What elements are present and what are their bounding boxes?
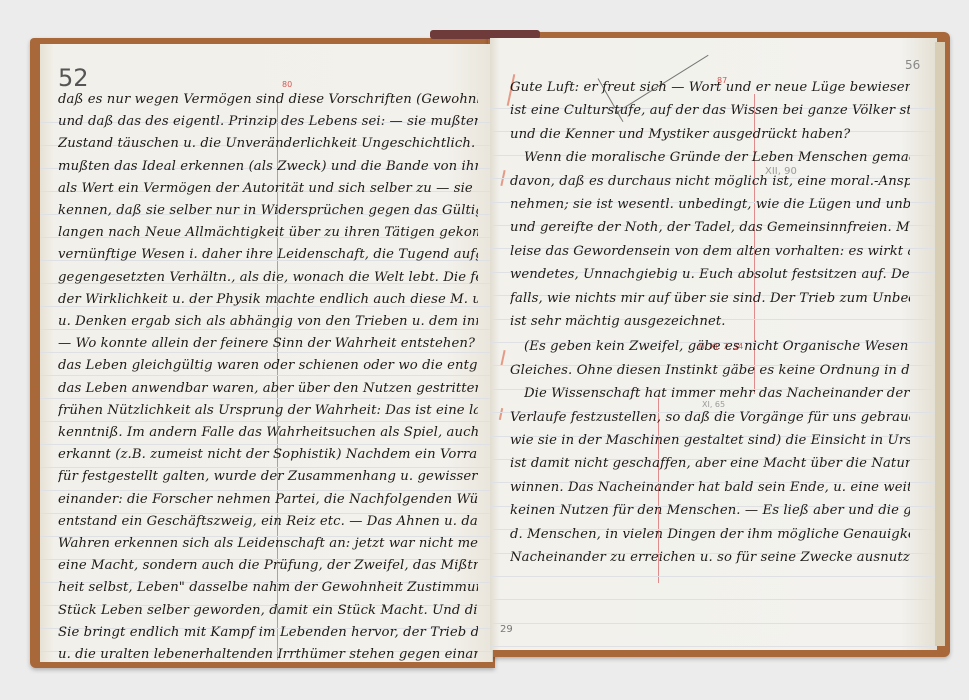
right-bottom-page-mark: 29	[500, 624, 513, 635]
handwritten-line: (Es geben kein Zweifel, gäbe es nicht Or…	[524, 339, 910, 354]
right-gray-note-2: XI, 65	[702, 400, 725, 409]
handwritten-line: davon, daß es durchaus nicht möglich ist…	[510, 174, 910, 189]
ruled-line	[40, 352, 492, 353]
handwritten-line: eine Macht, sondern auch die Prüfung, de…	[58, 558, 478, 573]
handwritten-line: wendetes, Unnachgiebig u. Euch absolut f…	[510, 267, 910, 282]
handwritten-line: Wenn die moralische Gründe der Leben Men…	[524, 150, 910, 165]
handwritten-line: leise das Gewordensein von dem alten vor…	[510, 244, 910, 259]
right-page-edge	[935, 42, 945, 646]
left-page-number: 52	[58, 64, 89, 92]
handwritten-line: erkannt (z.B. zumeist nicht der Sophisti…	[58, 447, 478, 462]
open-notebook: 52 80 daß es nur wegen Vermögen sind die…	[30, 30, 950, 670]
handwritten-line: Verlaufe festzustellen, so daß die Vorgä…	[510, 410, 910, 425]
handwritten-line: für festgestellt galten, wurde der Zusam…	[58, 469, 478, 484]
handwritten-line: und daß das des eigentl. Prinzip des Leb…	[58, 114, 478, 129]
handwritten-line: u. Denken ergab sich als abhängig von de…	[58, 314, 478, 329]
handwritten-line: entstand ein Geschäftszweig, ein Reiz et…	[58, 514, 478, 529]
handwritten-line: Die Wissenschaft hat immer mehr das Nach…	[524, 386, 910, 401]
handwritten-line: mußten das Ideal erkennen (als Zweck) un…	[58, 159, 478, 174]
red-margin-tick-4	[499, 408, 503, 420]
ruled-line	[40, 375, 492, 376]
ruled-line	[40, 421, 492, 422]
handwritten-line: als Wert ein Vermögen der Autorität und …	[58, 181, 478, 196]
handwritten-line: Gute Luft: er freut sich — Wort und er n…	[510, 80, 910, 95]
ruled-line	[40, 444, 492, 445]
ruled-line	[40, 467, 492, 468]
handwritten-line: langen nach Neue Allmächtigkeit über zu …	[58, 225, 478, 240]
left-red-note: 80	[282, 80, 292, 89]
handwritten-line: Gleiches. Ohne diesen Instinkt gäbe es k…	[510, 363, 910, 378]
handwritten-line: frühen Nützlichkeit als Ursprung der Wah…	[58, 403, 478, 418]
handwritten-line: einander: die Forscher nehmen Partei, di…	[58, 492, 478, 507]
handwritten-line: winnen. Das Nacheinander hat bald sein E…	[510, 480, 910, 495]
handwritten-line: heit selbst, Leben" dasselbe nahm der Ge…	[58, 580, 478, 595]
handwritten-line: Nacheinander zu erreichen u. so für sein…	[510, 550, 910, 565]
ruled-line	[40, 398, 492, 399]
handwritten-line: ist eine Culturstufe, auf der das Wissen…	[510, 103, 910, 118]
handwritten-line: — Wo konnte allein der feinere Sinn der …	[58, 336, 478, 351]
red-margin-tick-3	[500, 350, 505, 366]
handwritten-line: Zustand täuschen u. die Unveränderlichke…	[58, 136, 478, 151]
handwritten-line: der Wirklichkeit u. der Physik machte en…	[58, 292, 478, 307]
ruled-line	[490, 646, 937, 647]
handwritten-line: keinen Nutzen für den Menschen. — Es lie…	[510, 503, 910, 518]
handwritten-line: Stück Leben selber geworden, damit ein S…	[58, 603, 478, 618]
left-page: 52 80 daß es nur wegen Vermögen sind die…	[40, 44, 493, 662]
handwritten-line: kennen, daß sie selber nur in Widersprüc…	[58, 203, 478, 218]
handwritten-line: gegengesetzten Verhältn., als die, wonac…	[58, 270, 478, 285]
handwritten-line: das Leben anwendbar waren, aber über den…	[58, 381, 478, 396]
handwritten-line: daß es nur wegen Vermögen sind diese Vor…	[58, 92, 478, 107]
handwritten-line: nehmen; sie ist wesentl. unbedingt, wie …	[510, 197, 910, 212]
handwritten-line: ist damit nicht geschaffen, aber eine Ma…	[510, 456, 910, 471]
ruled-line	[490, 623, 937, 624]
right-page: 56 87 XII, 90 M. XI. 7, 34 XI, 65 29 Gut…	[490, 38, 937, 650]
ruled-line	[490, 576, 937, 577]
handwritten-line: das Leben gleichgültig waren oder schien…	[58, 358, 478, 373]
ruled-line	[40, 329, 492, 330]
handwritten-line: Wahren erkennen sich als Leidenschaft an…	[58, 536, 478, 551]
ruled-line	[490, 599, 937, 600]
right-page-number: 56	[905, 58, 920, 72]
handwritten-line: ist sehr mächtig ausgezeichnet.	[510, 314, 910, 329]
handwritten-line: vernünftige Wesen i. daher ihre Leidensc…	[58, 247, 478, 262]
handwritten-line: falls, wie nichts mir auf über sie sind.…	[510, 291, 910, 306]
handwritten-line: und die Kenner und Mystiker ausgedrückt …	[510, 127, 910, 142]
handwritten-line: u. die uralten lebenerhaltenden Irrthüme…	[58, 647, 478, 662]
handwritten-line: und gereifte der Noth, der Tadel, das Ge…	[510, 220, 910, 235]
handwritten-line: d. Menschen, in vielen Dingen der ihm mö…	[510, 527, 910, 542]
handwritten-line: wie sie in der Maschinen gestaltet sind)…	[510, 433, 910, 448]
handwritten-line: kenntniß. Im andern Falle das Wahrheitsu…	[58, 425, 478, 440]
handwritten-line: Sie bringt endlich mit Kampf im Lebenden…	[58, 625, 478, 640]
